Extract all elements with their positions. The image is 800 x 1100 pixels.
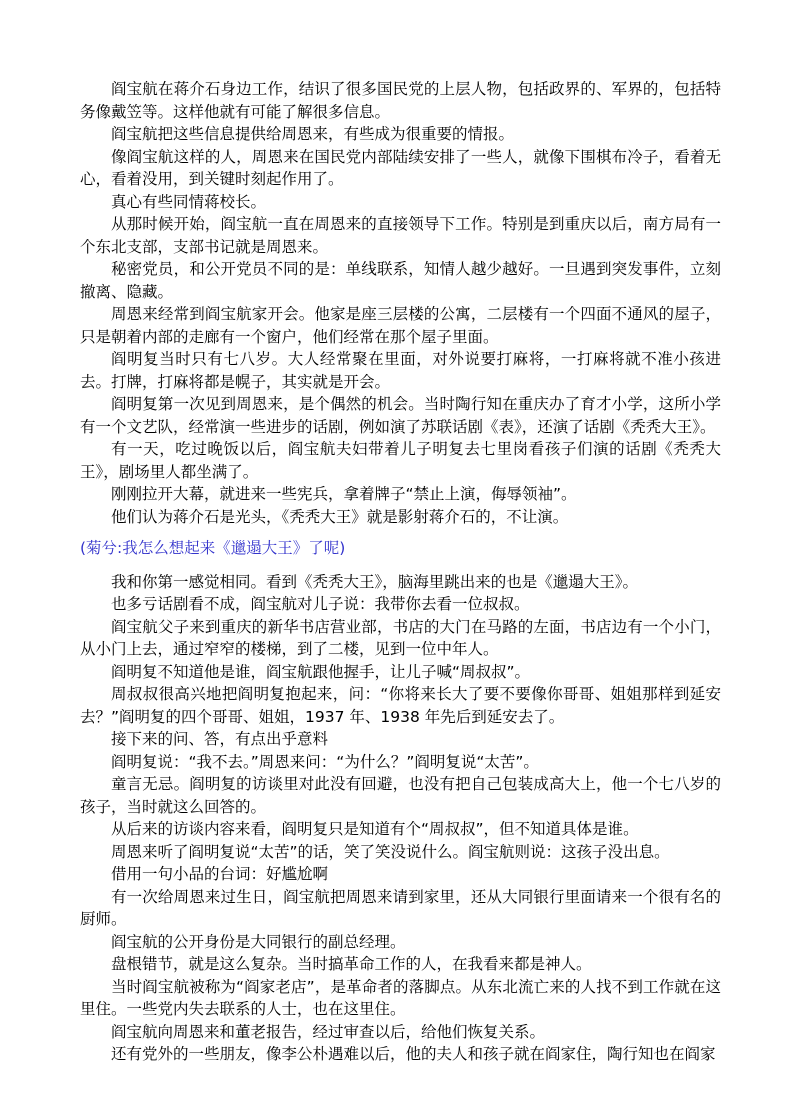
paragraph: 阎宝航的公开身份是大同银行的副总经理。 <box>80 931 721 954</box>
paragraph: 阎宝航向周恩来和董老报告，经过审查以后，给他们恢复关系。 <box>80 1021 721 1044</box>
paragraph: 阎明复说：“我不去。”周恩来问：“为什么？”阎明复说“太苦”。 <box>80 751 721 774</box>
paragraph: 还有党外的一些朋友，像李公朴遇难以后，他的夫人和孩子就在阎家住，陶行知也在阎家 <box>80 1043 721 1066</box>
paragraph: 阎明复当时只有七八岁。大人经常聚在里面，对外说要打麻将，一打麻将就不准小孩进去。… <box>80 348 721 393</box>
paragraph: 刚刚拉开大幕，就进来一些宪兵，拿着牌子“禁止上演，侮辱领袖”。 <box>80 483 721 506</box>
paragraph: 真心有些同情蒋校长。 <box>80 191 721 214</box>
paragraph: 阎宝航把这些信息提供给周恩来，有些成为很重要的情报。 <box>80 123 721 146</box>
paragraph: 也多亏话剧看不成，阎宝航对儿子说：我带你去看一位叔叔。 <box>80 593 721 616</box>
paragraph: 周叔叔很高兴地把阎明复抱起来，问：“你将来长大了要不要像你哥哥、姐姐那样到延安去… <box>80 683 721 728</box>
paragraph: 周恩来经常到阎宝航家开会。他家是座三层楼的公寓，二层楼有一个四面不通风的屋子，只… <box>80 303 721 348</box>
paragraph: 盘根错节，就是这么复杂。当时搞革命工作的人，在我看来都是神人。 <box>80 953 721 976</box>
paragraph: 有一天，吃过晚饭以后，阎宝航夫妇带着儿子明复去七里岗看孩子们演的话剧《秃秃大王》… <box>80 438 721 483</box>
paragraph: 借用一句小品的台词：好尴尬啊 <box>80 863 721 886</box>
paragraph: 有一次给周恩来过生日，阎宝航把周恩来请到家里，还从大同银行里面请来一个很有名的厨… <box>80 886 721 931</box>
paragraph: 从后来的访谈内容来看，阎明复只是知道有个“周叔叔”，但不知道具体是谁。 <box>80 818 721 841</box>
paragraph: 阎宝航父子来到重庆的新华书店营业部，书店的大门在马路的左面，书店边有一个小门，从… <box>80 616 721 661</box>
text-column: 阎宝航在蒋介石身边工作，结识了很多国民党的上层人物，包括政界的、军界的，包括特务… <box>80 78 721 1066</box>
paragraph: 接下来的问、答，有点出乎意料 <box>80 728 721 751</box>
document-page: 阎宝航在蒋介石身边工作，结识了很多国民党的上层人物，包括政界的、军界的，包括特务… <box>0 0 800 1100</box>
paragraph: 从那时候开始，阎宝航一直在周恩来的直接领导下工作。特别是到重庆以后，南方局有一个… <box>80 213 721 258</box>
paragraph: 童言无忌。阎明复的访谈里对此没有回避，也没有把自己包装成高大上，他一个七八岁的孩… <box>80 773 721 818</box>
reader-annotation: (菊兮:我怎么想起来《邋遢大王》了呢) <box>80 537 721 560</box>
paragraph: 阎明复第一次见到周恩来，是个偶然的机会。当时陶行知在重庆办了育才小学，这所小学有… <box>80 393 721 438</box>
paragraph: 阎宝航在蒋介石身边工作，结识了很多国民党的上层人物，包括政界的、军界的，包括特务… <box>80 78 721 123</box>
paragraph: 他们认为蒋介石是光头，《秃秃大王》就是影射蒋介石的，不让演。 <box>80 506 721 529</box>
paragraph: 当时阎宝航被称为“阎家老店”，是革命者的落脚点。从东北流亡来的人找不到工作就在这… <box>80 976 721 1021</box>
paragraph: 像阎宝航这样的人，周恩来在国民党内部陆续安排了一些人，就像下围棋布冷子，看着无心… <box>80 146 721 191</box>
paragraph: 我和你第一感觉相同。看到《秃秃大王》，脑海里跳出来的也是《邋遢大王》。 <box>80 571 721 594</box>
paragraph: 周恩来听了阎明复说“太苦”的话，笑了笑没说什么。阎宝航则说：这孩子没出息。 <box>80 841 721 864</box>
paragraph: 秘密党员，和公开党员不同的是：单线联系，知情人越少越好。一旦遇到突发事件，立刻撤… <box>80 258 721 303</box>
paragraph: 阎明复不知道他是谁，阎宝航跟他握手，让儿子喊“周叔叔”。 <box>80 661 721 684</box>
